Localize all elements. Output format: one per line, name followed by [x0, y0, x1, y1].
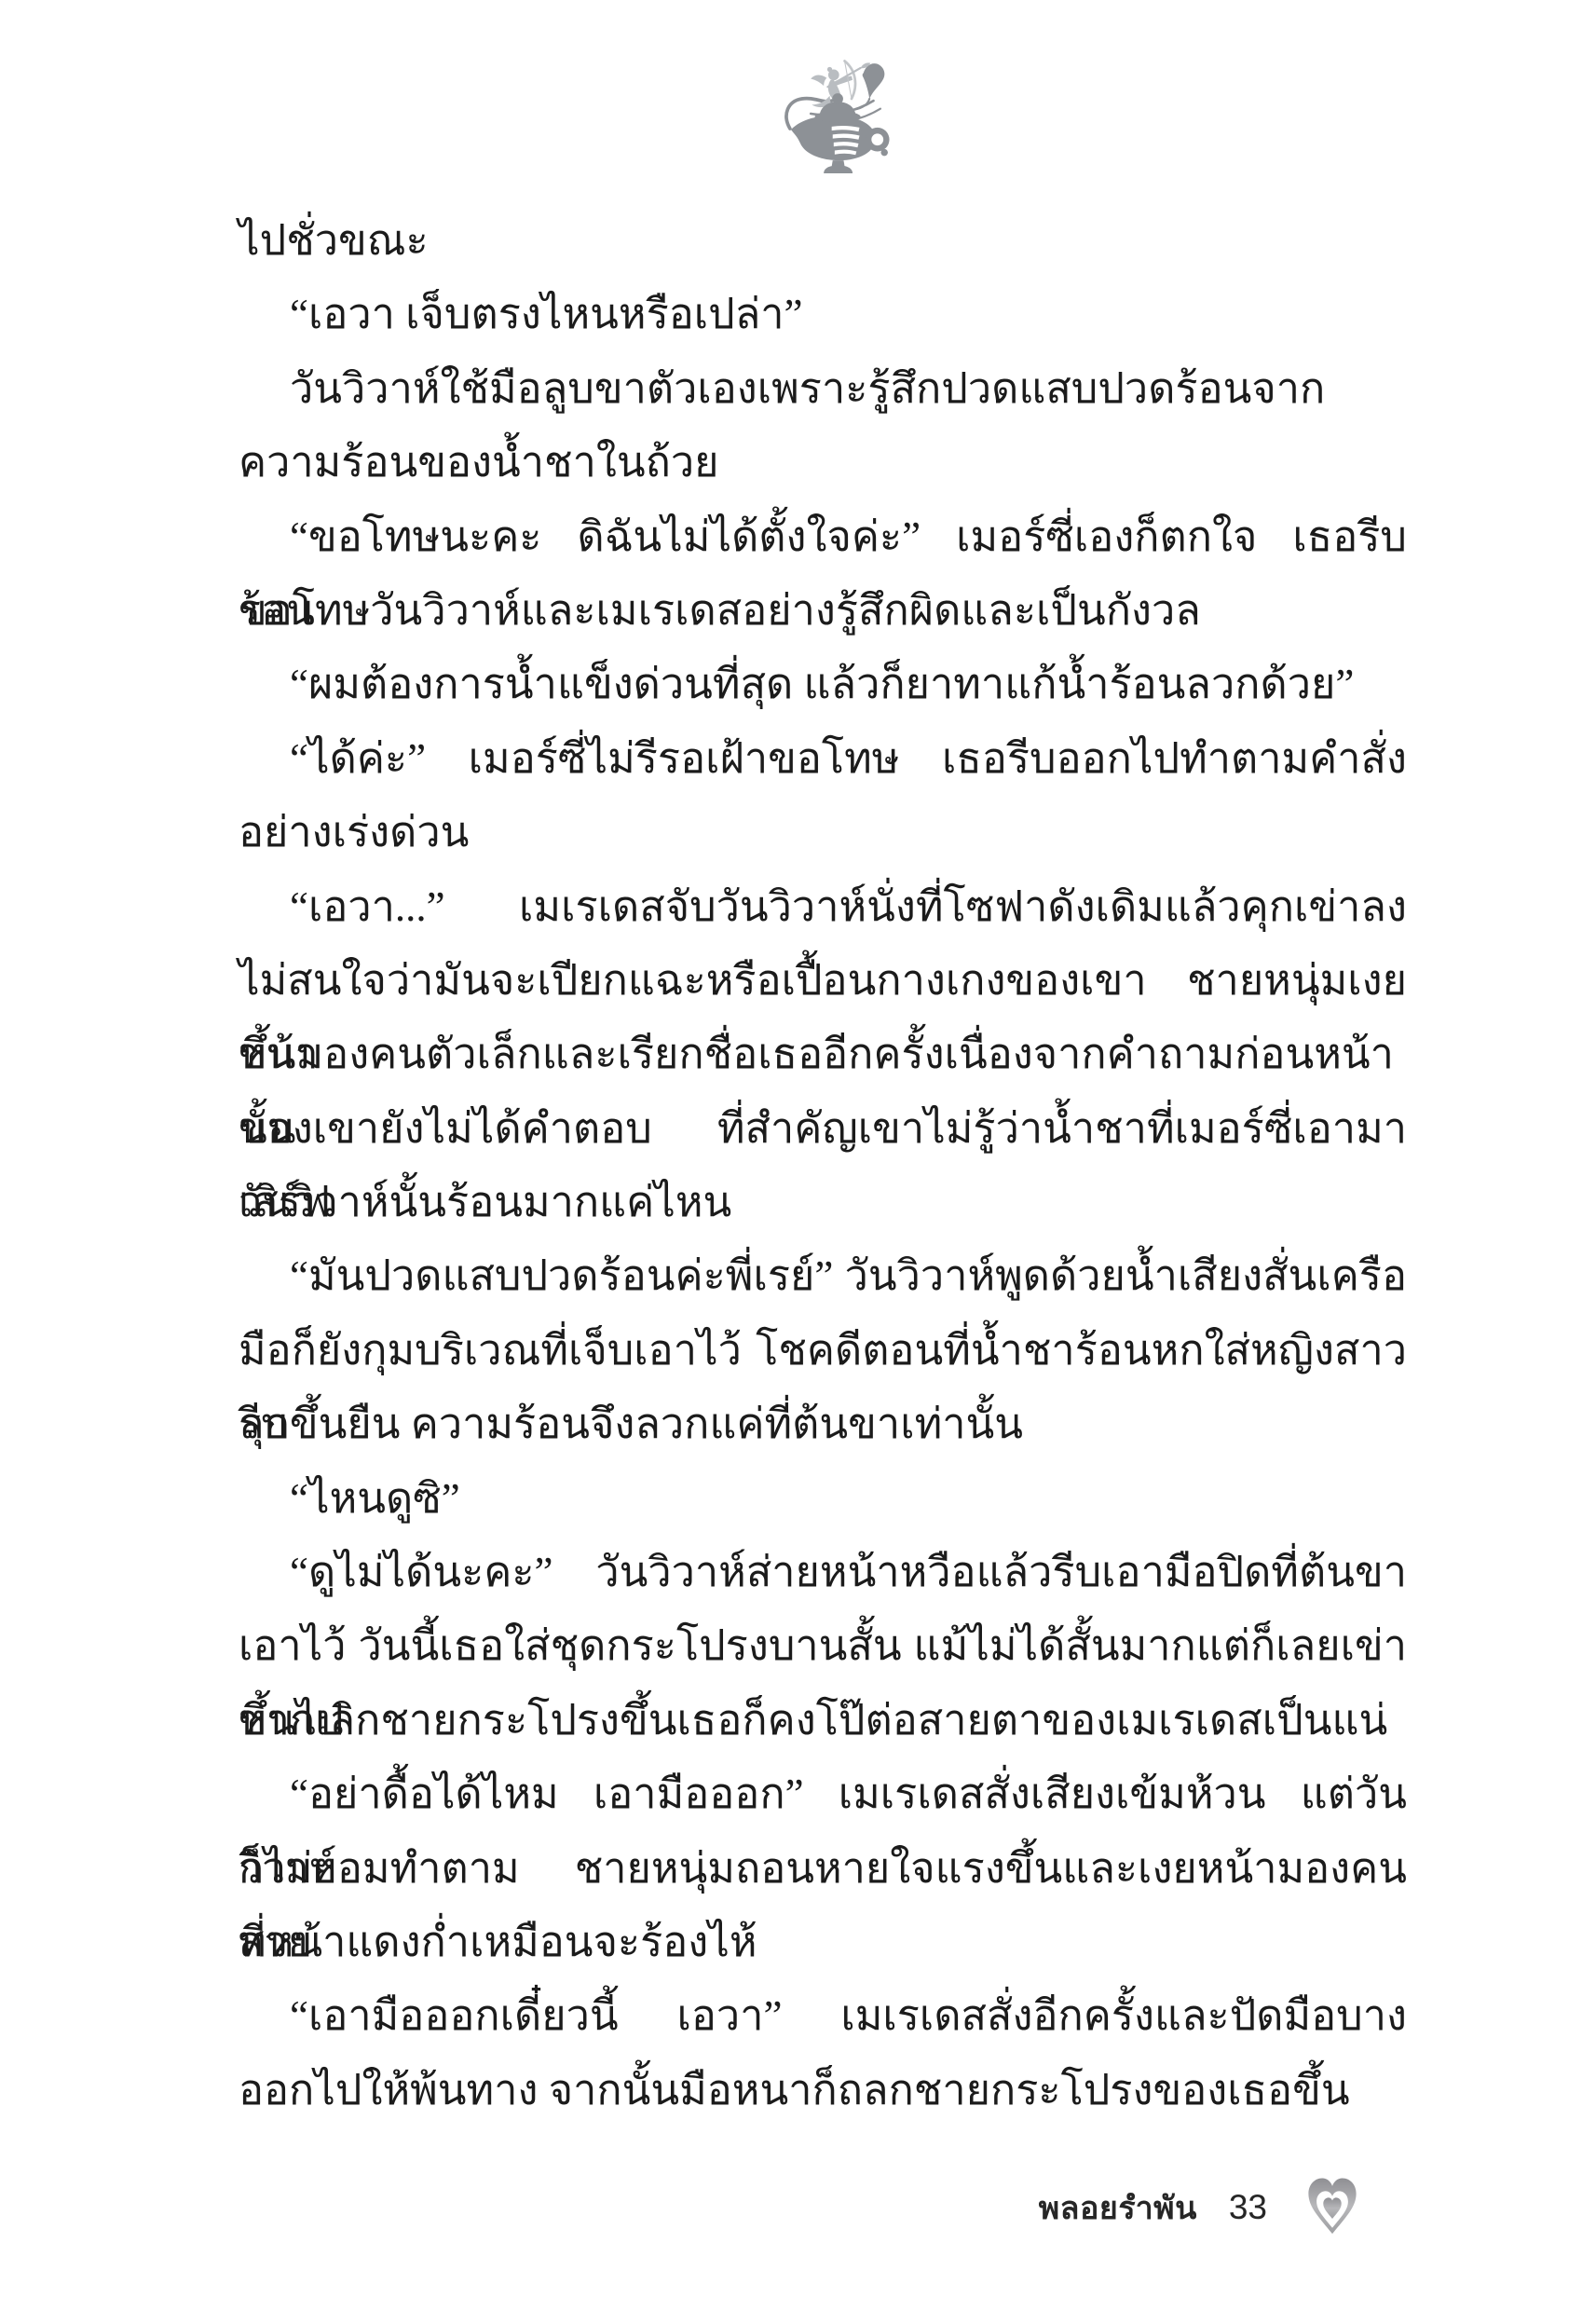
text-line: “เอามือออกเดี๋ยวนี้ เอวา” เมเรเดสสั่งอีก…	[239, 1979, 1407, 2053]
text-line: ลุกขึ้นยืน ความร้อนจึงลวกแค่ที่ต้นขาเท่า…	[239, 1388, 1407, 1461]
text-line: ก็ไม่ยอมทำตาม ชายหนุ่มถอนหายใจแรงขึ้นและ…	[239, 1832, 1407, 1906]
heart-icon	[1303, 2176, 1362, 2236]
text-line: ขอโทษวันวิวาห์และเมเรเดสอย่างรู้สึกผิดแล…	[239, 574, 1407, 648]
text-line: มือก็ยังกุมบริเวณที่เจ็บเอาไว้ โชคดีตอนท…	[239, 1314, 1407, 1388]
cupid-genie-lamp-ornament	[779, 54, 894, 173]
text-line: “ไหนดูซิ”	[239, 1462, 1407, 1536]
ornament-svg	[779, 54, 894, 173]
text-line: ออกไปให้พ้นทาง จากนั้นมือหนาก็ถลกชายกระโ…	[239, 2054, 1407, 2127]
text-line: ของเขายังไม่ได้คำตอบ ที่สำคัญเขาไม่รู้ว่…	[239, 1092, 1407, 1166]
text-line: “ผมต้องการน้ำแข็งด่วนที่สุด แล้วก็ยาทาแก…	[239, 648, 1407, 721]
page-footer: พลอยรำพัน 33	[1039, 2177, 1362, 2238]
text-line: “เอวา เจ็บตรงไหนหรือเปล่า”	[239, 278, 1407, 351]
text-line: “ได้ค่ะ” เมอร์ซี่ไม่รีรอเฝ้าขอโทษ เธอรีบ…	[239, 722, 1407, 796]
book-title: พลอยรำพัน	[1039, 2182, 1197, 2233]
book-page: ไปชั่วขณะ“เอวา เจ็บตรงไหนหรือเปล่า”วันวิ…	[0, 0, 1596, 2311]
text-line: หากเลิกชายกระโปรงขึ้นเธอก็คงโป๊ต่อสายตาข…	[239, 1684, 1407, 1757]
text-line: ที่หน้าแดงก่ำเหมือนจะร้องไห้	[239, 1906, 1407, 1979]
text-line: ไปชั่วขณะ	[239, 204, 1407, 278]
text-line: “มันปวดแสบปวดร้อนค่ะพี่เรย์” วันวิวาห์พู…	[239, 1239, 1407, 1313]
body-text: ไปชั่วขณะ“เอวา เจ็บตรงไหนหรือเปล่า”วันวิ…	[239, 204, 1407, 2127]
text-line: “ขอโทษนะคะ ดิฉันไม่ได้ตั้งใจค่ะ” เมอร์ซี…	[239, 500, 1407, 574]
text-line: “อย่าดื้อได้ไหม เอามือออก” เมเรเดสสั่งเส…	[239, 1757, 1407, 1831]
lamp-body	[791, 93, 890, 173]
text-line: ความร้อนของน้ำชาในถ้วย	[239, 426, 1407, 499]
text-line: วันวิวาห์ใช้มือลูบขาตัวเองเพราะรู้สึกปวด…	[239, 352, 1407, 426]
text-line: วันวิวาห์นั้นร้อนมากแค่ไหน	[239, 1166, 1407, 1239]
text-line: เอาไว้ วันนี้เธอใส่ชุดกระโปรงบานสั้น แม้…	[239, 1609, 1407, 1683]
text-line: ไม่สนใจว่ามันจะเปียกแฉะหรือเปื้อนกางเกงข…	[239, 944, 1407, 1018]
text-line: อย่างเร่งด่วน	[239, 796, 1407, 869]
text-line: “เอวา...” เมเรเดสจับวันวิวาห์นั่งที่โซฟา…	[239, 870, 1407, 944]
page-number: 33	[1229, 2188, 1267, 2227]
text-line: “ดูไม่ได้นะคะ” วันวิวาห์ส่ายหน้าหวือแล้ว…	[239, 1536, 1407, 1609]
text-line: ขึ้นมองคนตัวเล็กและเรียกชื่อเธออีกครั้งเ…	[239, 1018, 1407, 1091]
